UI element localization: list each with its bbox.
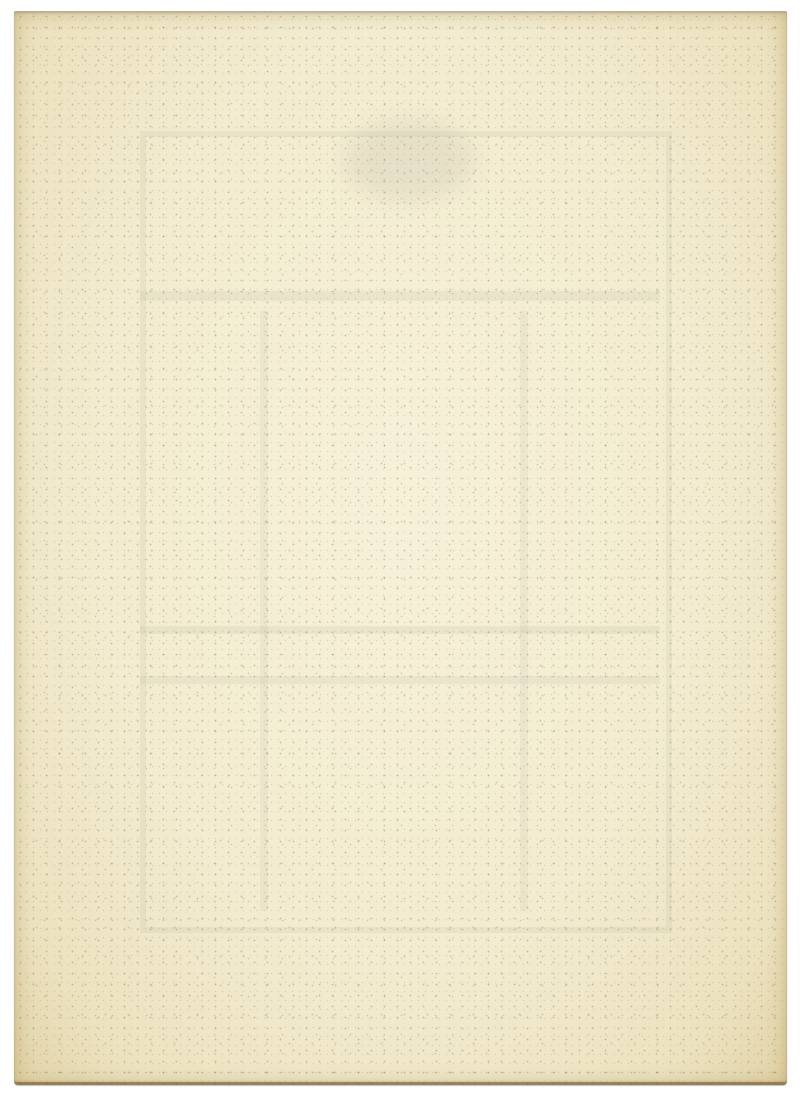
- paper-foxing-speckles: [14, 11, 787, 1085]
- paper-sheet: [14, 11, 787, 1085]
- paper-bottom-edge: [14, 1082, 787, 1085]
